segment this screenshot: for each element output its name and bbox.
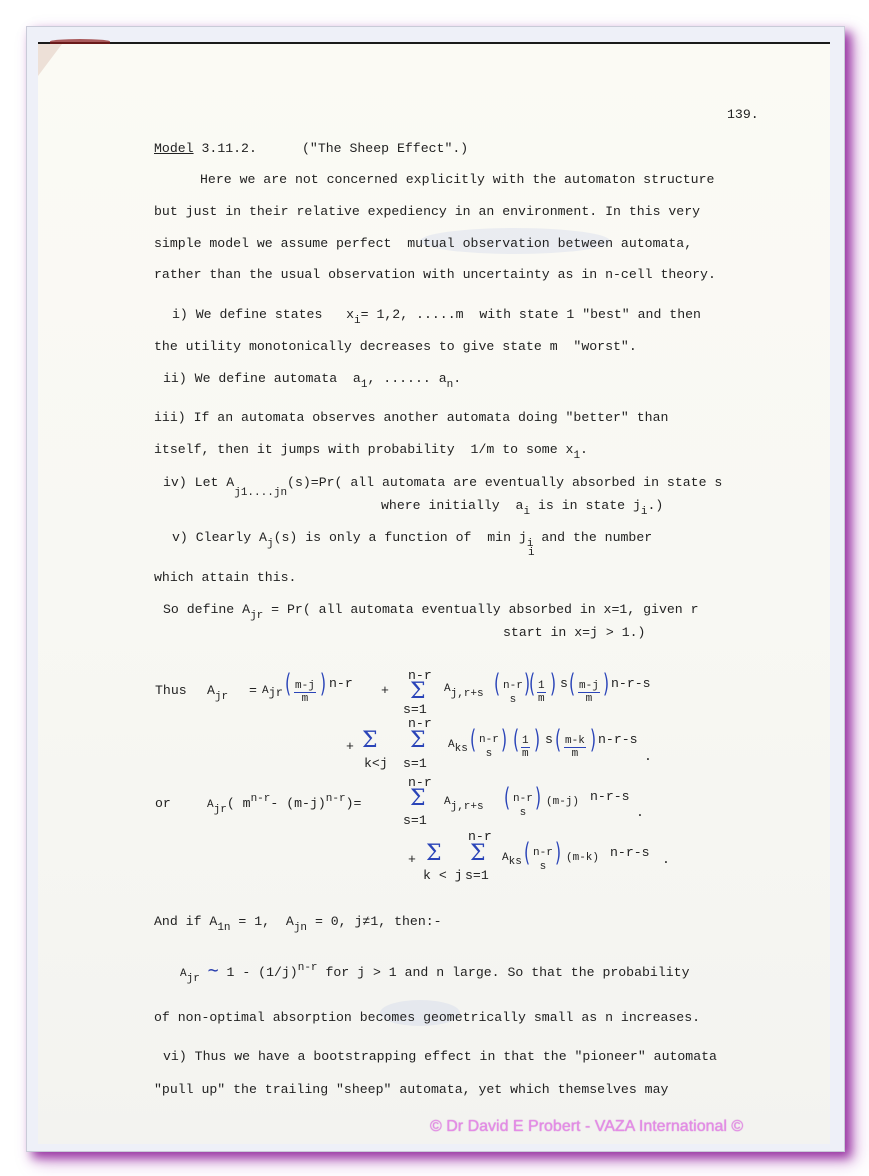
subscript: ks: [455, 743, 468, 755]
subscript: j,r+s: [451, 688, 484, 700]
subscript: jr: [214, 804, 227, 816]
subscript: 1: [573, 450, 580, 462]
text: A: [207, 683, 215, 698]
subscript: j: [267, 538, 274, 550]
text: and the number: [533, 530, 652, 545]
fraction: 1m: [521, 735, 530, 760]
item-vi-line1: vi) Thus we have a bootstrapping effect …: [163, 1050, 717, 1063]
paren-close: ): [550, 671, 556, 697]
sigma-icon: Σ: [410, 681, 426, 703]
exponent: n-r: [298, 962, 318, 974]
denominator: m: [521, 748, 530, 760]
sigma-icon: Σ: [470, 843, 486, 865]
subscript: j1....jn: [234, 487, 287, 499]
binomial: n-rs: [479, 734, 499, 762]
binom-top: n-r: [479, 734, 499, 748]
exponent: n-r-s: [610, 846, 650, 859]
text: ( m: [227, 796, 251, 811]
paren-close: ): [603, 671, 609, 697]
subscript: i: [641, 506, 648, 518]
page-edge-mark: [50, 39, 110, 44]
intro-line: simple model we assume perfect mutual ob…: [154, 237, 692, 250]
copyright-watermark: © Dr David E Probert - VAZA Internationa…: [430, 1118, 743, 1136]
text: i) We define states x: [172, 307, 354, 322]
paren-open: (: [504, 785, 510, 811]
tilde-icon: ∼: [208, 962, 219, 982]
paren-close: ): [320, 671, 326, 697]
paren-open: (: [529, 671, 535, 697]
paren-close: ): [535, 785, 541, 811]
text: A: [444, 683, 451, 695]
sigma-icon: Σ: [426, 843, 442, 865]
paren-open: (: [470, 727, 476, 753]
text: So define A: [163, 602, 250, 617]
subscript: n: [447, 379, 454, 391]
subscript: jr: [215, 691, 228, 703]
item-v-line2: which attain this.: [154, 571, 296, 584]
exponent: n-r-s: [590, 790, 630, 803]
numerator: m-j: [294, 680, 316, 693]
subscript: jn: [294, 922, 307, 934]
text: ii) We define automata a: [163, 371, 361, 386]
text: A: [448, 739, 455, 751]
period: .: [662, 853, 670, 866]
binomial: n-rs: [503, 680, 523, 708]
sum-lower-limit: k < j: [423, 869, 463, 882]
sum-lower-limit: k<j: [364, 757, 388, 770]
text: where initially a: [381, 498, 523, 513]
paren-open: (: [513, 727, 519, 753]
fraction: m-jm: [294, 680, 316, 705]
heading-model-label: Model: [154, 141, 194, 156]
numerator: m-j: [578, 680, 600, 693]
paren-open: (: [555, 727, 561, 753]
item-v-line1: v) Clearly Aj(s) is only a function of m…: [172, 531, 652, 545]
exponent: s: [560, 677, 568, 690]
subscript: ks: [509, 856, 522, 868]
text: A: [207, 799, 214, 811]
item-iii-line1: iii) If an automata observes another aut…: [154, 411, 668, 424]
text: iv) Let A: [163, 475, 234, 490]
text: v) Clearly A: [172, 530, 267, 545]
text: (s)=Pr( all automata are eventually abso…: [287, 475, 722, 490]
paren-open: (: [524, 840, 530, 866]
plus: +: [381, 684, 389, 697]
definition-line1: So define Ajr = Pr( all automata eventua…: [163, 603, 699, 617]
item-vi-line2: "pull up" the trailing "sheep" automata,…: [154, 1083, 668, 1096]
text: is in state j: [530, 498, 641, 513]
paren-close: ): [555, 840, 561, 866]
plus: +: [346, 740, 354, 753]
paren-close: ): [534, 727, 540, 753]
text: .: [580, 442, 588, 457]
exponent: n-r: [251, 793, 271, 805]
text: = 0, j≠1, then:-: [307, 914, 442, 929]
paren-open: (: [569, 671, 575, 697]
eq-term: Ajr: [262, 684, 283, 697]
asymptotic-line2: of non-optimal absorption becomes geomet…: [154, 1011, 700, 1024]
text: for j > 1 and n large. So that the proba…: [318, 965, 690, 980]
fraction: m-km: [564, 735, 586, 760]
subscript: j,r+s: [451, 801, 484, 813]
subscript: 1n: [217, 922, 230, 934]
text: .: [453, 371, 461, 386]
period: .: [644, 750, 652, 763]
text: = 1, A: [231, 914, 294, 929]
min-index: i: [528, 548, 535, 559]
page-number: 139.: [727, 108, 759, 121]
paren-open: (: [285, 671, 291, 697]
factor: (m-j): [546, 797, 579, 808]
section-heading: Model 3.11.2.: [154, 142, 257, 155]
eq-term: Aks: [502, 853, 522, 864]
text: .): [647, 498, 663, 513]
binom-top: n-r: [533, 847, 553, 861]
period: .: [636, 806, 644, 819]
item-i-line2: the utility monotonically decreases to g…: [154, 340, 637, 353]
sigma-icon: Σ: [362, 730, 378, 752]
item-i-line1: i) We define states xi= 1,2, .....m with…: [172, 308, 701, 322]
text: - (m-j): [270, 796, 325, 811]
item-iv-line1: iv) Let Aj1....jn(s)=Pr( all automata ar…: [163, 476, 722, 490]
heading-number: 3.11.2.: [194, 141, 257, 156]
item-ii: ii) We define automata a1, ...... an.: [163, 372, 461, 386]
heading-title: ("The Sheep Effect".): [302, 142, 468, 155]
denominator: m: [537, 693, 546, 705]
text: )=: [346, 796, 362, 811]
fraction: 1m: [537, 680, 546, 705]
eq-lhs: Ajr( mn-r- (m-j)n-r)=: [207, 797, 361, 811]
subscript: jr: [269, 686, 283, 700]
equals: =: [249, 684, 257, 697]
sigma-icon: Σ: [410, 788, 426, 810]
page-corner-fold: [38, 44, 62, 76]
factor: (m-k): [566, 853, 599, 864]
eq-lead: or: [155, 797, 171, 810]
text: A: [444, 796, 451, 808]
denominator: m: [578, 693, 600, 705]
text: (s) is only a function of min j: [274, 530, 527, 545]
exponent: n-r: [326, 793, 346, 805]
text: = Pr( all automata eventually absorbed i…: [263, 602, 698, 617]
text: itself, then it jumps with probability 1…: [154, 442, 573, 457]
intro-line: but just in their relative expediency in…: [154, 205, 700, 218]
text: A: [502, 852, 509, 864]
item-iv-line2: where initially ai is in state ji.): [381, 499, 663, 513]
subscript: jr: [250, 610, 263, 622]
sum-lower-limit: s=1: [403, 757, 427, 770]
boundary-condition: And if A1n = 1, Ajn = 0, j≠1, then:-: [154, 915, 442, 929]
asymptotic-result: Ajr ∼ 1 - (1/j)n-r for j > 1 and n large…: [180, 963, 690, 981]
text: = 1,2, .....m with state 1 "best" and th…: [361, 307, 701, 322]
eq-lead: Thus: [155, 684, 187, 697]
paren-close: ): [501, 727, 507, 753]
binom-top: n-r: [513, 793, 533, 807]
subscript: i: [523, 506, 530, 518]
eq-term: Aks: [448, 740, 468, 751]
intro-line: Here we are not concerned explicitly wit…: [200, 173, 714, 186]
sum-lower-limit: s=1: [403, 814, 427, 827]
fraction: m-jm: [578, 680, 600, 705]
text: A: [262, 685, 269, 697]
numerator: 1: [537, 680, 546, 693]
binom-bottom: s: [479, 748, 499, 762]
item-iii-line2: itself, then it jumps with probability 1…: [154, 443, 588, 457]
text: , ...... a: [367, 371, 446, 386]
binomial: n-rs: [513, 793, 533, 821]
binom-top: n-r: [503, 680, 523, 694]
subscript: i: [354, 315, 361, 327]
subscript: jr: [187, 973, 200, 985]
exponent: s: [545, 733, 553, 746]
denominator: m: [294, 693, 316, 705]
text: A: [180, 968, 187, 980]
numerator: 1: [521, 735, 530, 748]
numerator: m-k: [564, 735, 586, 748]
binom-bottom: s: [533, 861, 553, 875]
exponent: n-r-s: [598, 733, 638, 746]
eq-term: Aj,r+s: [444, 684, 484, 695]
binom-bottom: s: [513, 807, 533, 821]
plus: +: [408, 853, 416, 866]
eq-lhs: Ajr: [207, 684, 228, 698]
denominator: m: [564, 748, 586, 760]
sigma-icon: Σ: [410, 730, 426, 752]
sum-lower-limit: s=1: [465, 869, 489, 882]
binomial: n-rs: [533, 847, 553, 875]
text: And if A: [154, 914, 217, 929]
sum-lower-limit: s=1: [403, 703, 427, 716]
paren-open: (: [494, 671, 500, 697]
definition-line2: start in x=j > 1.): [503, 626, 645, 639]
text: 1 - (1/j): [227, 965, 298, 980]
paren-close: ): [590, 727, 596, 753]
subscript: 1: [361, 379, 368, 391]
binom-bottom: s: [503, 694, 523, 708]
intro-line: rather than the usual observation with u…: [154, 268, 716, 281]
eq-term: Aj,r+s: [444, 797, 484, 808]
exponent: n-r-s: [611, 677, 651, 690]
exponent: n-r: [329, 677, 353, 690]
